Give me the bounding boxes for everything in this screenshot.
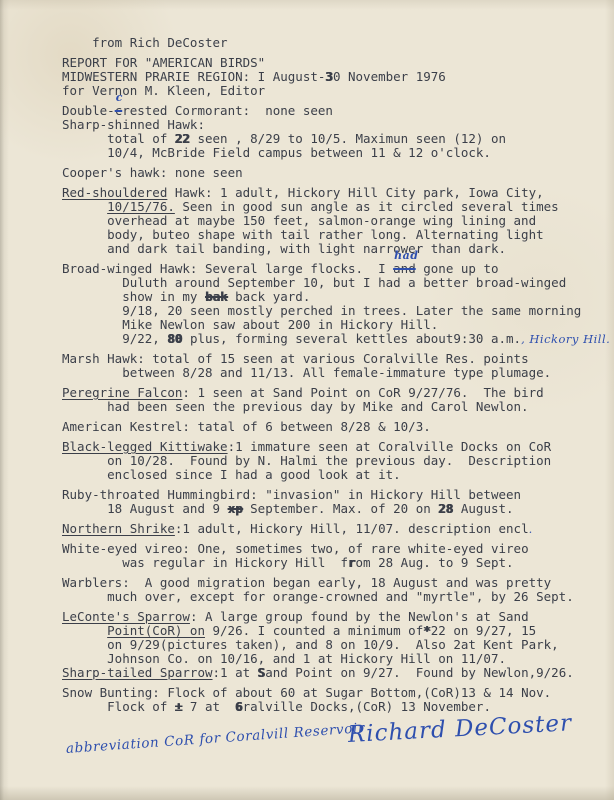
paragraph: Black-legged Kittiwake:1 immature seen a… xyxy=(62,440,600,482)
typed-text: Peregrine Falcon xyxy=(62,385,182,400)
text-line: body, buteo shape with tail rather long.… xyxy=(62,228,600,242)
typed-text: Mike Newlon saw about 200 in Hickory Hil… xyxy=(122,317,438,332)
typed-text: Cooper's hawk: none seen xyxy=(62,165,243,180)
typed-report-body: from Rich DeCosterREPORT FOR "AMERICAN B… xyxy=(62,36,600,720)
paragraph: Cooper's hawk: none seen xyxy=(62,166,600,180)
paragraph: LeConte's Sparrow: A large group found b… xyxy=(62,610,600,680)
text-line: MIDWESTERN PRARIE REGION: I August-30 No… xyxy=(62,70,600,84)
typed-text: American Kestrel: tatal of 6 between 8/2… xyxy=(62,419,431,434)
typed-text: on 10/28. Found by N. Halmi the previous… xyxy=(107,453,551,468)
typed-text: back yard. xyxy=(228,289,311,304)
text-line: 9/18, 20 seen mostly perched in trees. L… xyxy=(62,304,600,318)
typed-text: Point(CoR) on xyxy=(107,623,205,638)
handwritten-signature: Richard DeCoster xyxy=(348,716,573,742)
typed-text: r xyxy=(348,555,356,570)
text-line: 10/4, McBride Field campus between 11 & … xyxy=(62,146,600,160)
text-line: Point(CoR) on 9/26. I counted a minimum … xyxy=(62,624,600,638)
handwritten-text: . xyxy=(529,522,533,536)
text-line: between 8/28 and 11/13. All female-immat… xyxy=(62,366,600,380)
typed-text: ralville Docks,(CoR) 13 November. xyxy=(243,699,491,714)
text-line: total of 22 seen , 8/29 to 10/5. Maximun… xyxy=(62,132,600,146)
paragraph: Warblers: A good migration began early, … xyxy=(62,576,600,604)
typed-text: Flock of xyxy=(107,699,175,714)
typed-text: : A large group found by the Newlon's at… xyxy=(190,609,529,624)
handwritten-correction: had xyxy=(394,250,418,261)
typed-text: Seen in good sun angle as it circled sev… xyxy=(175,199,559,214)
text-line: 9/22, 80 plus, forming several kettles a… xyxy=(62,332,600,346)
typed-text: Northern Shrike xyxy=(62,521,175,536)
typed-text: 9/22, xyxy=(122,331,167,346)
paragraph: Ruby-throated Hummingbird: "invasion" in… xyxy=(62,488,600,516)
paragraph: from Rich DeCoster xyxy=(62,36,600,50)
paragraph: White-eyed vireo: One, sometimes two, of… xyxy=(62,542,600,570)
typed-text: 3 xyxy=(325,69,333,84)
text-line: Duluth around September 10, but I had a … xyxy=(62,276,600,290)
text-line: from Rich DeCoster xyxy=(62,36,600,50)
typed-text: enclosed since I had a good look at it. xyxy=(107,467,401,482)
typed-text: gone up to xyxy=(416,261,499,276)
text-line: had been seen the previous day by Mike a… xyxy=(62,400,600,414)
typed-text: was regular in Hickory Hill f xyxy=(122,555,348,570)
text-line: LeConte's Sparrow: A large group found b… xyxy=(62,610,600,624)
paragraph: Red-shouldered Hawk: 1 adult, Hickory Hi… xyxy=(62,186,600,256)
paragraph: Snow Bunting: Flock of about 60 at Sugar… xyxy=(62,686,600,714)
text-line: Double-ccrested Cormorant: none seen xyxy=(62,104,600,118)
typed-text: Johnson Co. on 10/16, and 1 at Hickory H… xyxy=(107,651,506,666)
typed-text: August. xyxy=(453,501,513,516)
typed-text: Hawk: 1 adult, Hickory Hill City park, I… xyxy=(167,185,543,200)
typed-text: seen , 8/29 to 10/5. Maximun seen (12) o… xyxy=(190,131,506,146)
handwritten-footnote: abbreviation CoR for Coralvill Reservoir xyxy=(66,721,366,756)
typed-text: Sharp-tailed Sparrow xyxy=(62,665,213,680)
typed-text: xp xyxy=(228,501,243,516)
text-line: for Vernon M. Kleen, Editor xyxy=(62,84,600,98)
typed-text: overhead at maybe 150 feet, salmon-orang… xyxy=(107,213,536,228)
typed-text: Ruby-throated Hummingbird: "invasion" in… xyxy=(62,487,521,502)
typed-text: Warblers: A good migration began early, … xyxy=(62,575,551,590)
typed-text: 9/26. I counted a minimum of xyxy=(205,623,423,638)
typed-text: Marsh Hawk: total of 15 seen at various … xyxy=(62,351,529,366)
typed-text: Duluth around September 10, but I had a … xyxy=(122,275,566,290)
text-line: on 10/28. Found by N. Halmi the previous… xyxy=(62,454,600,468)
typed-text: on 9/29(pictures taken), and 8 on 10/9. … xyxy=(107,637,559,652)
paragraph: Broad-winged Hawk: Several large flocks.… xyxy=(62,262,600,346)
typed-text: September. Max. of 20 on xyxy=(243,501,439,516)
typed-text: had been seen the previous day by Mike a… xyxy=(107,399,528,414)
paragraph: Peregrine Falcon: 1 seen at Sand Point o… xyxy=(62,386,600,414)
paragraph: American Kestrel: tatal of 6 between 8/2… xyxy=(62,420,600,434)
text-line: Johnson Co. on 10/16, and 1 at Hickory H… xyxy=(62,652,600,666)
text-line: Ruby-throated Hummingbird: "invasion" in… xyxy=(62,488,600,502)
text-line: Cooper's hawk: none seen xyxy=(62,166,600,180)
typed-text: show in my xyxy=(122,289,205,304)
typed-text: 80 xyxy=(167,331,182,346)
text-line: White-eyed vireo: One, sometimes two, of… xyxy=(62,542,600,556)
text-line: on 9/29(pictures taken), and 8 on 10/9. … xyxy=(62,638,600,652)
typed-text: :1 at xyxy=(213,665,258,680)
typed-text: between 8/28 and 11/13. All female-immat… xyxy=(122,365,551,380)
typed-text: 0 November 1976 xyxy=(333,69,446,84)
typed-text: body, buteo shape with tail rather long.… xyxy=(107,227,544,242)
scanned-document-page: from Rich DeCosterREPORT FOR "AMERICAN B… xyxy=(0,0,614,800)
typed-text: White-eyed vireo: One, sometimes two, of… xyxy=(62,541,529,556)
typed-text: 18 August and 9 xyxy=(107,501,227,516)
typed-text: much over, except for orange-crowned and… xyxy=(107,589,574,604)
typed-text: 10/15/76. xyxy=(107,199,175,214)
paragraph: Double-ccrested Cormorant: none seenShar… xyxy=(62,104,600,160)
text-line: Warblers: A good migration began early, … xyxy=(62,576,600,590)
typed-text: Snow Bunting: Flock of about 60 at Sugar… xyxy=(62,685,551,700)
typed-text: and Point on 9/27. Found by Newlon,9/26. xyxy=(265,665,574,680)
typed-text: 10/4, McBride Field campus between 11 & … xyxy=(107,145,491,160)
paragraph: Marsh Hawk: total of 15 seen at various … xyxy=(62,352,600,380)
text-line: show in my bak back yard. xyxy=(62,290,600,304)
typed-text: LeConte's Sparrow xyxy=(62,609,190,624)
text-line: enclosed since I had a good look at it. xyxy=(62,468,600,482)
typed-text: 6 xyxy=(235,699,243,714)
typed-text: from Rich DeCoster xyxy=(92,35,227,50)
typed-text: 28 xyxy=(438,501,453,516)
text-line: Northern Shrike:1 adult, Hickory Hill, 1… xyxy=(62,522,600,536)
handwritten-correction: c xyxy=(116,92,123,103)
text-line: Peregrine Falcon: 1 seen at Sand Point o… xyxy=(62,386,600,400)
text-line: Red-shouldered Hawk: 1 adult, Hickory Hi… xyxy=(62,186,600,200)
typed-text: MIDWESTERN PRARIE REGION: I August- xyxy=(62,69,325,84)
typed-text: total of xyxy=(107,131,175,146)
typed-text: * xyxy=(423,623,431,638)
text-line: Sharp-shinned Hawk: xyxy=(62,118,600,132)
paragraph: Northern Shrike:1 adult, Hickory Hill, 1… xyxy=(62,522,600,536)
typed-text: :1 immature seen at Coralville Docks on … xyxy=(228,439,552,454)
typed-text: 7 at xyxy=(182,699,235,714)
text-line: much over, except for orange-crowned and… xyxy=(62,590,600,604)
typed-text: Red-shouldered xyxy=(62,185,167,200)
text-line: REPORT FOR "AMERICAN BIRDS" xyxy=(62,56,600,70)
typed-text: for Vernon M. Kleen, Editor xyxy=(62,83,265,98)
typed-text: Black-legged Kittiwake xyxy=(62,439,228,454)
typed-text: Sharp-shinned Hawk: xyxy=(62,117,205,132)
typed-text: rested Cormorant: none seen xyxy=(122,103,333,118)
typed-text: 22 on 9/27, 15 xyxy=(431,623,536,638)
text-line: Broad-winged Hawk: Several large flocks.… xyxy=(62,262,600,276)
paragraph: REPORT FOR "AMERICAN BIRDS"MIDWESTERN PR… xyxy=(62,56,600,98)
typed-text: cc xyxy=(115,103,123,118)
typed-text: Broad-winged Hawk: Several large flocks.… xyxy=(62,261,393,276)
typed-text: andhad xyxy=(393,261,416,276)
typed-text: bak xyxy=(205,289,228,304)
text-line: Marsh Hawk: total of 15 seen at various … xyxy=(62,352,600,366)
typed-text: :1 adult, Hickory Hill, 11/07. descripti… xyxy=(175,521,529,536)
typed-text: om 28 Aug. to 9 Sept. xyxy=(356,555,514,570)
text-line: Flock of ± 7 at 6ralville Docks,(CoR) 13… xyxy=(62,700,600,714)
text-line: 18 August and 9 xp September. Max. of 20… xyxy=(62,502,600,516)
text-line: Black-legged Kittiwake:1 immature seen a… xyxy=(62,440,600,454)
typed-text: REPORT FOR "AMERICAN BIRDS" xyxy=(62,55,265,70)
typed-text: 22 xyxy=(175,131,190,146)
typed-text: : 1 seen at Sand Point on CoR 9/27/76. T… xyxy=(182,385,543,400)
text-line: 10/15/76. Seen in good sun angle as it c… xyxy=(62,200,600,214)
text-line: overhead at maybe 150 feet, salmon-orang… xyxy=(62,214,600,228)
handwritten-text: , Hickory Hill. xyxy=(521,332,610,346)
text-line: American Kestrel: tatal of 6 between 8/2… xyxy=(62,420,600,434)
typed-text: 9/18, 20 seen mostly perched in trees. L… xyxy=(122,303,581,318)
typed-text: and dark tail banding, with light narrow… xyxy=(107,241,506,256)
text-line: Snow Bunting: Flock of about 60 at Sugar… xyxy=(62,686,600,700)
text-line: was regular in Hickory Hill from 28 Aug.… xyxy=(62,556,600,570)
text-line: and dark tail banding, with light narrow… xyxy=(62,242,600,256)
typed-text: Double- xyxy=(62,103,115,118)
text-line: Mike Newlon saw about 200 in Hickory Hil… xyxy=(62,318,600,332)
typed-text: plus, forming several kettles about9:30 … xyxy=(182,331,521,346)
text-line: Sharp-tailed Sparrow:1 at Sand Point on … xyxy=(62,666,600,680)
